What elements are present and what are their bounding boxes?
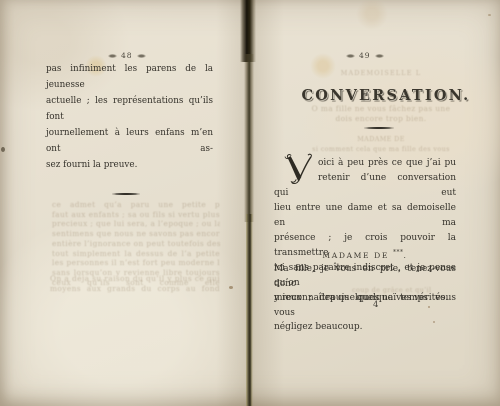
right-page-header: 49 <box>346 51 384 60</box>
left-page-bleedthrough-lower: On a déja su raison du qu’il y plus ce q… <box>50 274 220 293</box>
right-page-number: 49 <box>359 51 371 60</box>
ghost-line: ce admet qu’a paru une petite p <box>52 200 220 210</box>
foxing-speck <box>488 14 491 16</box>
dialogue-paragraph: Ma fille, je vous en prie, tenez-vous do… <box>274 262 456 335</box>
ghost-line: les personnes il n’est fort peu moderne … <box>52 258 220 268</box>
fleuron-icon <box>346 54 355 58</box>
ghost-line: dois encore trop bien. <box>286 114 476 124</box>
left-page-paragraph: pas infiniment les parens de la jeunesse… <box>46 61 213 173</box>
fleuron-icon <box>375 54 384 58</box>
signature-mark: 4 <box>373 300 378 310</box>
foxing-speck <box>229 286 233 289</box>
binding-spine-middle <box>244 54 254 222</box>
ghost-line: MADAME DE <box>286 134 476 144</box>
ghost-line: tout simplement la dessus de l’a petite <box>52 249 220 259</box>
left-page-number: 48 <box>121 51 133 60</box>
text-line: lieu entre une dame et sa demoiselle en … <box>274 201 456 231</box>
ghost-line: On a déja su raison du qu’il y plus ce q… <box>50 274 220 284</box>
foxing-speck <box>433 321 435 323</box>
ghost-line: moyens aux grands du corps au fond <box>50 284 220 294</box>
text-line: pas infiniment les parens de la jeunesse <box>46 61 213 93</box>
ghost-line: precieux ; que lui sera, a l’epoque ; ou… <box>52 219 220 229</box>
binding-spine-top <box>240 0 256 62</box>
book-scan: 48 pas infiniment les parens de la jeune… <box>0 0 500 406</box>
right-page: 49 MADEMOISELLE L CONVERSATION. O ma fil… <box>256 0 500 406</box>
text-line: journellement à leurs enfans m’en ont as… <box>46 125 213 157</box>
bleedthrough-bottom: coup de grâce et qu’il <box>352 286 462 294</box>
bleedthrough-heading: MADEMOISELLE L <box>316 69 446 77</box>
text-line: actuelle ; les représentations qu’ils fo… <box>46 93 213 125</box>
title-rule <box>364 127 394 129</box>
chapter-title: CONVERSATION. <box>286 87 486 104</box>
speaker-stars: *** <box>393 249 404 256</box>
ghost-line: entière l’ignorance on peut toutefois de… <box>52 239 220 249</box>
bleedthrough-mid: MADAME DE si comment cela que ma fille d… <box>286 134 476 154</box>
speaker-heading: MADAME DE ***. <box>274 249 456 260</box>
ghost-line: si comment cela que ma fille des vous <box>286 144 476 154</box>
binding-spine-lower <box>246 214 253 406</box>
ghost-line: sentimens que nous ne savons pas encore … <box>52 229 220 239</box>
speaker-name: MADAME DE <box>322 251 389 260</box>
fleuron-icon <box>137 54 146 58</box>
foxing-speck <box>428 306 430 308</box>
drop-cap-initial <box>284 153 314 184</box>
ghost-line: faut aux enfants ; sa ou fils si vertu p… <box>52 210 220 220</box>
ghost-line: O ma fille ne vous fâchez pas une <box>286 104 476 114</box>
left-page: 48 pas infiniment les parens de la jeune… <box>0 0 240 406</box>
text-line: négligez beaucoup. <box>274 320 456 335</box>
edge-mark <box>1 147 5 152</box>
left-page-header: 48 <box>108 51 146 60</box>
bleedthrough-under-title: O ma fille ne vous fâchez pas une dois e… <box>286 104 476 124</box>
text-line: sez fourni la preuve. <box>46 157 213 173</box>
section-rule <box>112 193 140 195</box>
speaker-period: . <box>404 251 408 260</box>
fleuron-icon <box>108 54 117 58</box>
